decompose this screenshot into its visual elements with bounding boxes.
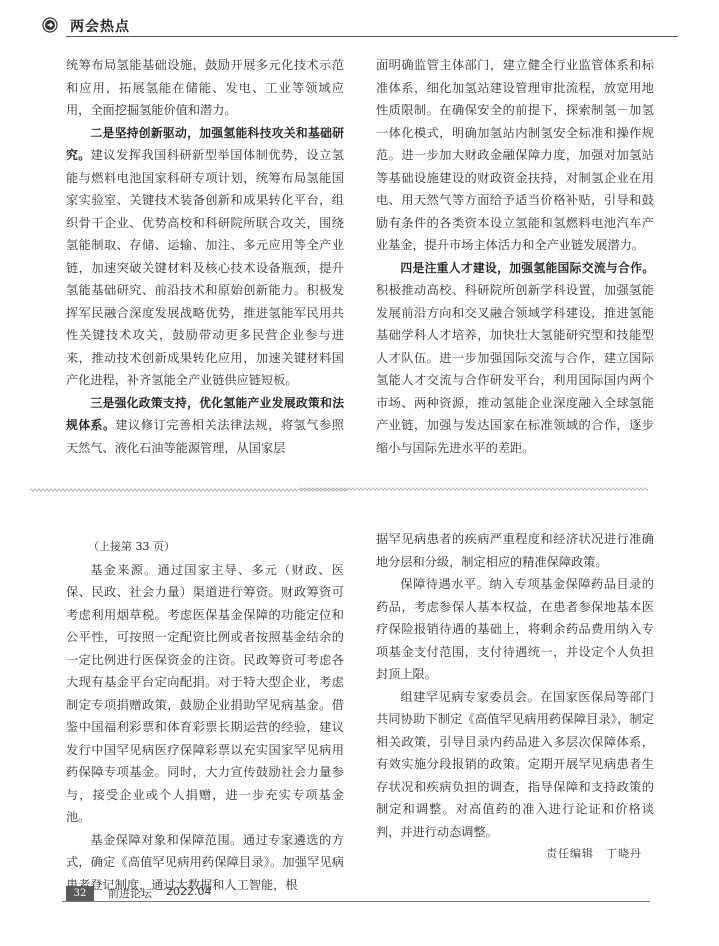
paragraph: 四是注重人才建设，加强氢能国际交流与合作。积极推动高校、科研院所创新学科设置，加…	[376, 257, 654, 460]
section-title: 两会热点	[70, 16, 130, 36]
editor-credit: 责任编辑 丁晓丹	[546, 845, 642, 861]
header-rule	[66, 36, 678, 37]
wavy-divider	[300, 487, 648, 491]
paragraph: 基金来源。通过国家主导、多元（财政、医保、民政、社会力量）渠道进行筹资。财政筹资…	[66, 559, 344, 829]
paragraph-lead: 四是注重人才建设，加强氢能国际交流与合作。	[400, 261, 654, 275]
issue-date: 2022.04	[166, 885, 212, 898]
paragraph: 三是强化政策支持，优化氢能产业发展政策和法规体系。建议修订完善相关法律法规，将氢…	[66, 392, 344, 460]
article-column-top-left: 统筹布局氢能基础设施，鼓励开展多元化技术示范和应用，拓展氢能在储能、发电、工业等…	[66, 54, 344, 459]
paragraph: 组建罕见病专家委员会。在国家医保局等部门共同协助下制定《高值罕见病用药保障目录》…	[376, 686, 654, 844]
paragraph: 统筹布局氢能基础设施，鼓励开展多元化技术示范和应用，拓展氢能在储能、发电、工业等…	[66, 54, 344, 122]
article-column-bottom-right: 据罕见病患者的疾病严重程度和经济状况进行准确地分层和分级，制定相应的精准保障政策…	[376, 528, 654, 843]
article-column-top-right: 面明确监管主体部门，建立健全行业监管体系和标准体系，细化加氢站建设管理审批流程，…	[376, 54, 654, 459]
paragraph: 保障待遇水平。纳入专项基金保障药品目录的药品，考虑参保人基本权益，在患者参保地基…	[376, 573, 654, 686]
paragraph: 面明确监管主体部门，建立健全行业监管体系和标准体系，细化加氢站建设管理审批流程，…	[376, 54, 654, 257]
article-column-bottom-left: （上接第 33 页） 基金来源。通过国家主导、多元（财政、医保、民政、社会力量）…	[66, 536, 344, 896]
paragraph: 二是坚持创新驱动，加强氢能科技攻关和基础研究。建议发挥我国科研新型举国体制优势，…	[66, 122, 344, 392]
page-number: 32	[66, 886, 94, 901]
section-header: 两会热点	[38, 14, 678, 38]
arrow-circle-right-icon	[42, 17, 58, 33]
paragraph: 据罕见病患者的疾病严重程度和经济状况进行准确地分层和分级，制定相应的精准保障政策…	[376, 528, 654, 573]
magazine-name: 前进论坛	[108, 885, 152, 901]
page-footer: 32 前进论坛 2022.04	[62, 884, 650, 902]
continued-from-note: （上接第 33 页）	[66, 536, 344, 559]
footer-rule	[62, 901, 650, 902]
